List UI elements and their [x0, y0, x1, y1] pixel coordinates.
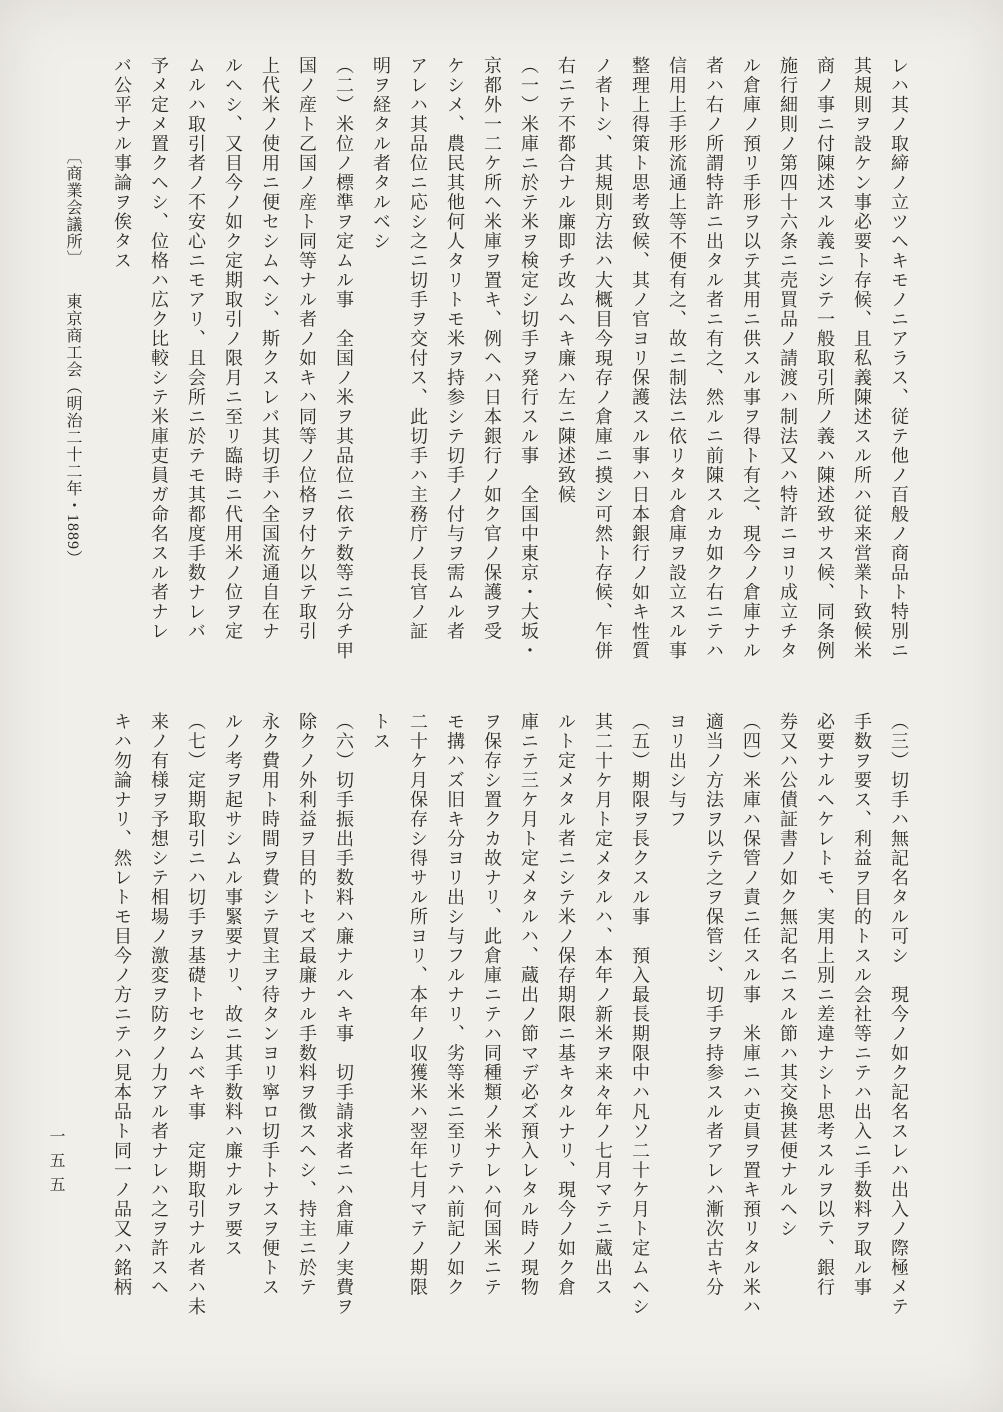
text-column: 手数ヲ要ス、利益ヲ目的トスル会社等ニテハ出入ニ手数料ヲ取ル事 [843, 712, 880, 1342]
text-column: 除クノ外利益ヲ目的トセズ最廉ナル手数料ヲ徴スヘシ、持主ニ於テ [288, 712, 325, 1342]
text-column: 永ク費用ト時間ヲ費シテ買主ヲ待タンヨリ寧ロ切手トナスヲ便トス [251, 712, 288, 1342]
source-attribution: 〔商業会議所〕 東京商工会（明治二十二年・1889） [58, 148, 86, 598]
text-column: 信用上手形流通上等不便有之、故ニ制法ニ依リタル倉庫ヲ設立スル事 [658, 56, 695, 686]
text-column: キハ勿論ナリ、然レトモ目今ノ方ニテハ見本品ト同一ノ品又ハ銘柄 [103, 712, 140, 1342]
text-column: 施行細則ノ第四十六条ニ売買品ノ請渡ハ制法又ハ特許ニヨリ成立チタ [769, 56, 806, 686]
text-column: 商ノ事ニ付陳述スル義ニシテ一般取引所ノ義ハ陳述致サス候、同条例 [806, 56, 843, 686]
text-column-item-2: （二）米位ノ標準ヲ定ムル事 全国ノ米ヲ其品位ニ依テ数等ニ分チ甲 [325, 56, 362, 686]
text-column: 者ハ右ノ所謂特許ニ出タル者ニ有之、然ルニ前陳スルカ如ク右ニテハ [695, 56, 732, 686]
text-column: バ公平ナル事論ヲ俟タス [103, 56, 140, 686]
text-column: トス [362, 712, 399, 1342]
text-column-item-4: （四）米庫ハ保管ノ責ニ任スル事 米庫ニハ吏員ヲ置キ預リタル米ハ [732, 712, 769, 1342]
text-column: ケシメ、農民其他何人タリトモ米ヲ持参シテ切手ノ付与ヲ需ムル者 [436, 56, 473, 686]
text-column: ルノ考ヲ起サシムル事緊要ナリ、故ニ其手数料ハ廉ナルヲ要ス [214, 712, 251, 1342]
text-column: ノ者トシ、其規則方法ハ大概目今現存ノ倉庫ニ摸シ可然ト存候、乍併 [584, 56, 621, 686]
text-column: 明ヲ経タル者タルベシ [362, 56, 399, 686]
text-column: 其二十ケ月ト定メタルハ、本年ノ新米ヲ来々年ノ七月マテニ蔵出ス [584, 712, 621, 1342]
text-column: アレハ其品位ニ応シ之ニ切手ヲ交付ス、此切手ハ主務庁ノ長官ノ証 [399, 56, 436, 686]
text-column-item-1: （一）米庫ニ於テ米ヲ検定シ切手ヲ発行スル事 全国中東京・大坂・ [510, 56, 547, 686]
text-column: 二十ケ月保存シ得サル所ヨリ、本年ノ収獲米ハ翌年七月マテノ期限 [399, 712, 436, 1342]
text-column: 来ノ有様ヲ予想シテ相場ノ激変ヲ防クノ力アル者ナレハ之ヲ許スヘ [140, 712, 177, 1342]
text-column: 庫ニテ三ケ月ト定メタルハ、蔵出ノ節マデ必ズ預入レタル時ノ現物 [510, 712, 547, 1342]
text-column: レハ其ノ取締ノ立ツヘキモノニアラス、従テ他ノ百般ノ商品ト特別ニ [880, 56, 917, 686]
text-column: 整理上得策ト思考致候、其ノ官ヨリ保護スル事ハ日本銀行ノ如キ性質 [621, 56, 658, 686]
text-column: 京都外一二ケ所ヘ米庫ヲ置キ、例ヘハ日本銀行ノ如ク官ノ保護ヲ受 [473, 56, 510, 686]
text-column: 上代米ノ使用ニ便セシムヘシ、斯クスレバ其切手ハ全国流通自在ナ [251, 56, 288, 686]
text-column: 其規則ヲ設ケン事必要ト存候、且私義陳述スル所ハ従来営業ト致候米 [843, 56, 880, 686]
document-page: レハ其ノ取締ノ立ツヘキモノニアラス、従テ他ノ百般ノ商品ト特別ニ 其規則ヲ設ケン事… [0, 0, 1003, 1412]
text-column: 予メ定メ置クヘシ、位格ハ広ク比較シテ米庫吏員ガ命名スル者ナレ [140, 56, 177, 686]
page-number: 一五五 [44, 1128, 67, 1200]
text-column: 右ニテ不都合ナル廉即チ改ムヘキ廉ハ左ニ陳述致候 [547, 56, 584, 686]
text-column-item-3: （三）切手ハ無記名タル可シ 現今ノ如ク記名スレハ出入ノ際極メテ [880, 712, 917, 1342]
text-column: ル倉庫ノ預リ手形ヲ以テ其用ニ供スル事ヲ得ト有之、現今ノ倉庫ナル [732, 56, 769, 686]
text-column-item-7: （七）定期取引ニハ切手ヲ基礎トセシムベキ事 定期取引ナル者ハ未 [177, 712, 214, 1342]
text-column: ルヘシ、又目今ノ如ク定期取引ノ限月ニ至リ臨時ニ代用米ノ位ヲ定 [214, 56, 251, 686]
text-column: ムルハ取引者ノ不安心ニモアリ、且会所ニ於テモ其都度手数ナレバ [177, 56, 214, 686]
text-column: モ搆ハズ旧キ分ヨリ出シ与フルナリ、劣等米ニ至リテハ前記ノ如ク [436, 712, 473, 1342]
text-column: ヨリ出シ与フ [658, 712, 695, 1342]
text-column: ヲ保存シ置クカ故ナリ、此倉庫ニテハ同種類ノ米ナレハ何国米ニテ [473, 712, 510, 1342]
top-text-block: レハ其ノ取締ノ立ツヘキモノニアラス、従テ他ノ百般ノ商品ト特別ニ 其規則ヲ設ケン事… [103, 56, 917, 686]
text-column: 券又ハ公債証書ノ如ク無記名ニスル節ハ其交換甚便ナルヘシ [769, 712, 806, 1342]
bottom-text-block: （三）切手ハ無記名タル可シ 現今ノ如ク記名スレハ出入ノ際極メテ 手数ヲ要ス、利益… [103, 712, 917, 1342]
text-column: ルト定メタル者ニシテ米ノ保存期限ニ基キタルナリ、現今ノ如ク倉 [547, 712, 584, 1342]
text-column-item-6: （六）切手振出手数料ハ廉ナルヘキ事 切手請求者ニハ倉庫ノ実費ヲ [325, 712, 362, 1342]
text-column-item-5: （五）期限ヲ長クスル事 預入最長期限中ハ凡ソ二十ケ月ト定ムヘシ [621, 712, 658, 1342]
text-column: 適当ノ方法ヲ以テ之ヲ保管シ、切手ヲ持参スル者アレハ漸次古キ分 [695, 712, 732, 1342]
text-column: 必要ナルヘケレトモ、実用上別ニ差違ナシト思考スルヲ以テ、銀行 [806, 712, 843, 1342]
text-column: 国ノ産ト乙国ノ産ト同等ナル者ノ如キハ同等ノ位格ヲ付ケ以テ取引 [288, 56, 325, 686]
